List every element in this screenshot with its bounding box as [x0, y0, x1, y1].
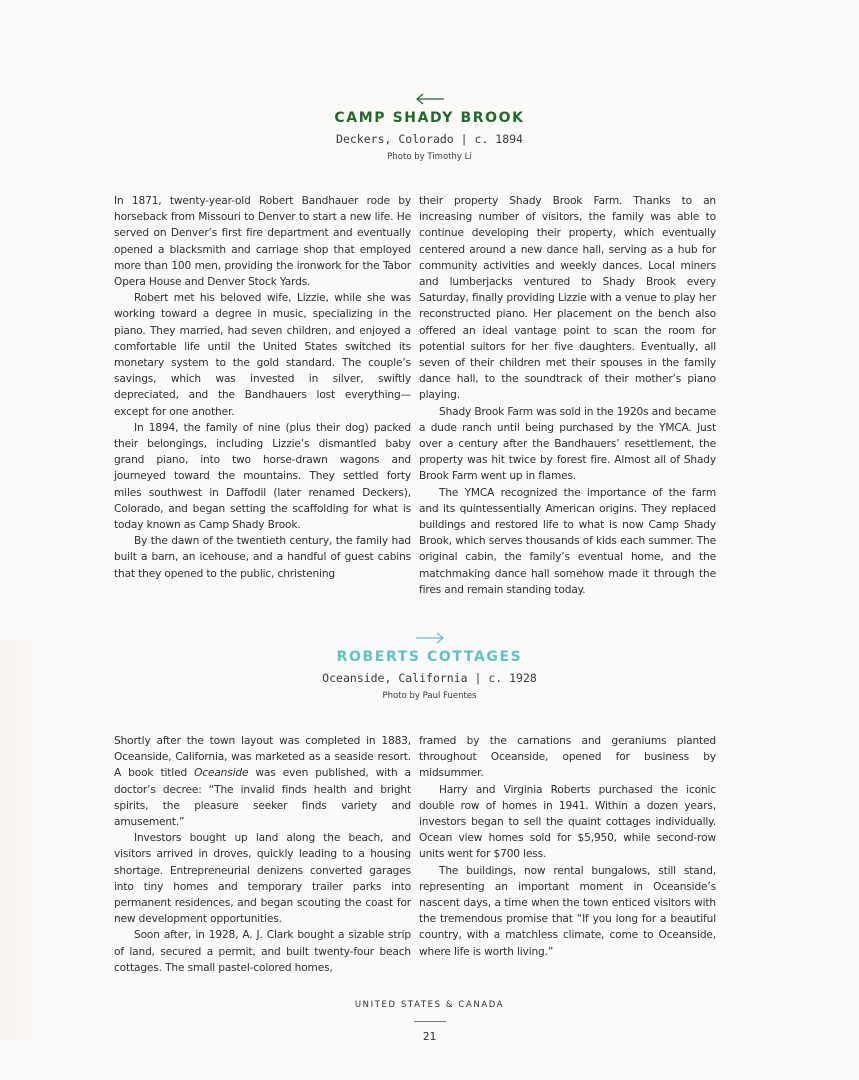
section-location: Oceanside, California | c. 1928	[0, 670, 859, 686]
paragraph: their property Shady Brook Farm. Thanks …	[419, 193, 716, 404]
section-location: Deckers, Colorado | c. 1894	[0, 131, 859, 147]
paragraph: In 1871, twenty-year-old Robert Bandhaue…	[114, 193, 411, 290]
article-column-right: their property Shady Brook Farm. Thanks …	[419, 193, 716, 598]
running-footer-section: UNITED STATES & CANADA	[0, 1000, 859, 1010]
paragraph: Robert met his beloved wife, Lizzie, whi…	[114, 290, 411, 420]
paragraph: In 1894, the family of nine (plus their …	[114, 420, 411, 533]
paragraph: framed by the carnations and geraniums p…	[419, 733, 716, 782]
article-column-right: framed by the carnations and geraniums p…	[419, 733, 716, 960]
right-arrow-icon	[415, 632, 445, 644]
article-column-left: In 1871, twenty-year-old Robert Bandhaue…	[114, 193, 411, 582]
paragraph: The buildings, now rental bungalows, sti…	[419, 863, 716, 960]
paragraph: By the dawn of the twentieth century, th…	[114, 533, 411, 582]
page-footer: UNITED STATES & CANADA 21	[0, 1000, 859, 1043]
section-header-roberts-cottages: ROBERTS COTTAGES Oceanside, California |…	[0, 632, 859, 702]
paragraph: Shortly after the town layout was comple…	[114, 733, 411, 830]
book-title: Oceanside	[194, 767, 248, 779]
section-title: CAMP SHADY BROOK	[0, 109, 859, 127]
photo-credit: Photo by Paul Fuentes	[0, 690, 859, 702]
footer-divider	[414, 1021, 446, 1022]
page-number: 21	[0, 1030, 859, 1043]
article-column-left: Shortly after the town layout was comple…	[114, 733, 411, 976]
paragraph: The YMCA recognized the importance of th…	[419, 485, 716, 598]
section-title: ROBERTS COTTAGES	[0, 648, 859, 666]
paragraph: Soon after, in 1928, A. J. Clark bought …	[114, 927, 411, 976]
paragraph: Investors bought up land along the beach…	[114, 830, 411, 927]
section-header-camp-shady-brook: CAMP SHADY BROOK Deckers, Colorado | c. …	[0, 93, 859, 163]
photo-credit: Photo by Timothy Li	[0, 151, 859, 163]
paragraph: Shady Brook Farm was sold in the 1920s a…	[419, 404, 716, 485]
paragraph: Harry and Virginia Roberts purchased the…	[419, 782, 716, 863]
left-arrow-icon	[415, 93, 445, 105]
